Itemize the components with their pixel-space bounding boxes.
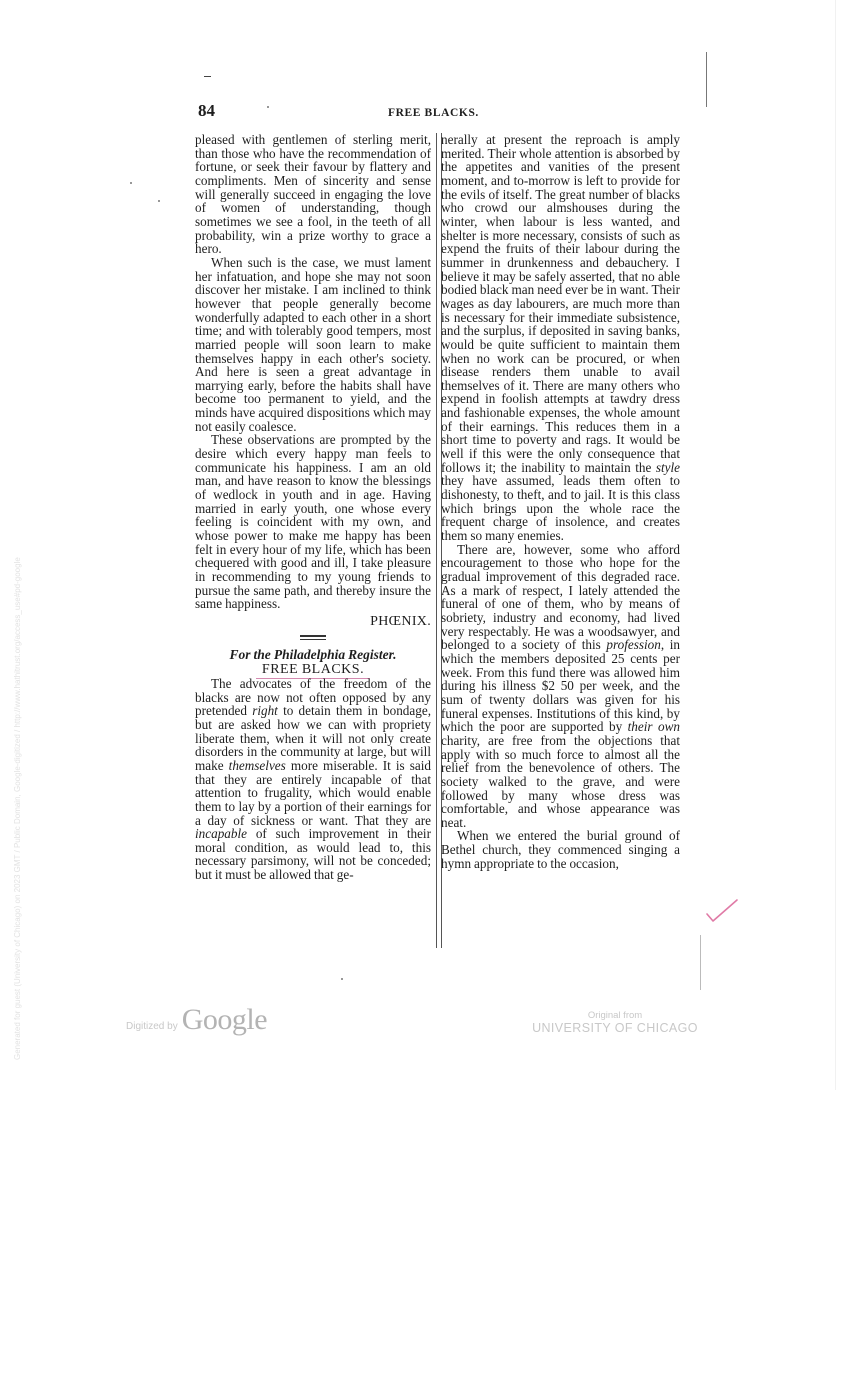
running-title: FREE BLACKS. (388, 107, 479, 119)
original-from-label: Original from (530, 1010, 700, 1021)
paragraph: There are, however, some who afford enco… (441, 543, 680, 830)
source-line: For the Philadelphia Register. (195, 648, 431, 662)
page-header: 84 FREE BLACKS. (198, 101, 684, 123)
stray-mark (130, 182, 132, 184)
scanned-page: 84 FREE BLACKS. pleased with gentlemen o… (0, 0, 850, 1400)
paragraph: When such is the case, we must lament he… (195, 256, 431, 434)
page-edge (835, 0, 836, 1090)
margin-line (706, 52, 707, 107)
check-mark-icon (705, 898, 739, 924)
stray-mark (158, 200, 160, 202)
digitized-by-label: Digitized by (126, 1021, 178, 1032)
page-number: 84 (198, 101, 215, 121)
paragraph: When we entered the burial ground of Bet… (441, 829, 680, 870)
google-logo: Google (182, 1003, 267, 1037)
margin-line (700, 935, 701, 990)
paragraph: The advocates of the freedom of the blac… (195, 677, 431, 882)
digitized-by-google: Digitized by Google (126, 1003, 267, 1037)
stray-mark (341, 978, 343, 980)
author-signature: PHŒNIX. (195, 615, 431, 629)
original-from-credit: Original from UNIVERSITY OF CHICAGO (530, 1010, 700, 1035)
stray-mark (204, 76, 211, 77)
left-column: pleased with gentlemen of sterling merit… (195, 133, 431, 882)
paragraph: nerally at present the reproach is amply… (441, 133, 680, 543)
side-watermark: Generated for guest (University of Chica… (12, 557, 23, 1060)
paragraph: These observations are prompted by the d… (195, 433, 431, 611)
section-divider (300, 635, 326, 640)
right-column: nerally at present the reproach is amply… (441, 133, 680, 870)
article-title: FREE BLACKS. (195, 663, 431, 677)
paragraph: pleased with gentlemen of sterling merit… (195, 133, 431, 256)
institution-name: UNIVERSITY OF CHICAGO (530, 1021, 700, 1035)
